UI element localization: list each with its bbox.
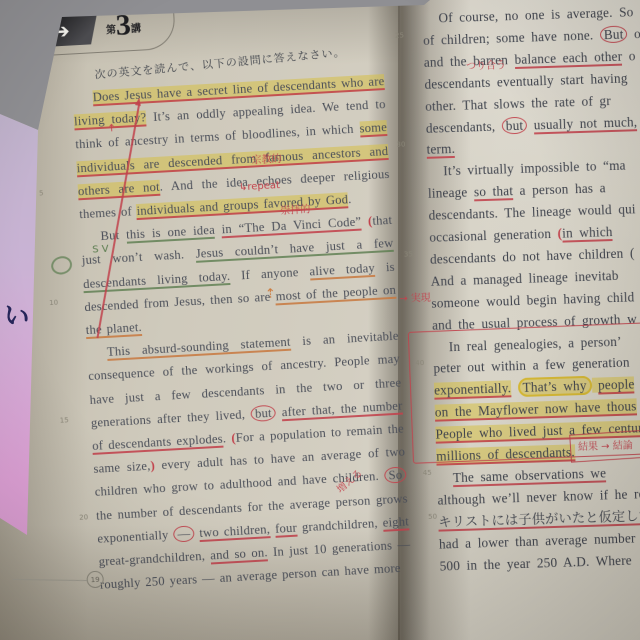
text-segment: and so on. xyxy=(210,545,268,564)
handwritten-annotation: S V xyxy=(92,244,109,256)
lesson-suffix: 講 xyxy=(131,20,142,41)
handwritten-annotation: 結果 → 結論 xyxy=(578,436,633,453)
margin-line-number: 40 xyxy=(415,359,424,367)
text-segment: But xyxy=(600,25,628,43)
text-segment: but xyxy=(502,116,528,134)
text-line: 500 in the year 250 A.D. Where xyxy=(439,550,632,576)
margin-line-number: 20 xyxy=(79,513,88,521)
text-segment: descendants eventually start having xyxy=(424,70,628,91)
handwritten-annotation: ↑ xyxy=(107,123,116,134)
paragraph: But this is one idea in “The Da Vinci Co… xyxy=(80,209,398,342)
text-segment: o xyxy=(622,48,636,63)
pink-object-glyph: い xyxy=(2,294,33,334)
margin-line-number: 45 xyxy=(423,469,432,477)
margin-line-number: 50 xyxy=(428,513,437,521)
text-segment: This absurd-sounding statement xyxy=(107,335,291,361)
text-segment: but xyxy=(251,404,277,421)
margin-line-number: 10 xyxy=(49,299,58,307)
green-scribble-annotation xyxy=(49,254,74,277)
text-segment: . xyxy=(348,192,352,206)
text-segment: And a managed lineage inevitab xyxy=(430,268,618,289)
margin-line-number: 30 xyxy=(396,140,405,148)
text-line: term. xyxy=(426,139,455,160)
margin-line-number: 15 xyxy=(60,416,69,424)
text-segment: descendants do not have children ( xyxy=(430,245,635,266)
paragraph: This absurd-sounding statement is an ine… xyxy=(86,325,412,597)
text-segment: occasional generation xyxy=(429,226,558,245)
handwritten-annotation: ↳repeat xyxy=(239,180,281,193)
text-segment: balance each other xyxy=(514,48,622,68)
text-segment: someone would begin having child xyxy=(431,289,634,310)
text-segment: great-grandchildren, xyxy=(98,549,210,569)
text-segment: — xyxy=(173,525,195,542)
handwritten-annotation: 宗教的 xyxy=(251,150,282,167)
handwritten-annotation: → 実現 xyxy=(399,289,431,305)
text-segment: two children, xyxy=(199,522,271,542)
margin-line-number: 25 xyxy=(395,31,404,39)
text-segment: The same observations we xyxy=(453,465,607,487)
text-segment: o xyxy=(627,26,640,41)
text-segment: had a lower than average number xyxy=(439,530,636,551)
text-segment: term. xyxy=(426,141,455,159)
text-line: The same observations we xyxy=(453,463,607,488)
text-segment: other. That slows the rate of gr xyxy=(425,93,611,114)
text-segment: キリストには子供がいたと仮定してみ xyxy=(438,507,640,531)
right-page: Of course, no one is average. Soof child… xyxy=(388,0,640,640)
text-segment: this is one idea xyxy=(126,223,216,244)
handwritten-annotation: 崇拝的 xyxy=(280,200,311,217)
text-segment: It’s virtually impossible to “ma xyxy=(443,158,626,179)
text-segment: usually not much, xyxy=(534,114,638,134)
handwritten-annotation: ⇡ xyxy=(265,286,277,302)
left-page-text: Does Jesus have a secret line of descend… xyxy=(72,70,412,597)
text-segment: although we’ll never know if he re xyxy=(437,486,640,508)
text-segment: descendants, xyxy=(426,118,502,135)
text-segment: in “The Da Vinci Code” xyxy=(221,215,361,239)
photo-scene: ➔ 第 3 講 次の英文を読んで、以下の設問に答えなさい。 Does Jesus… xyxy=(0,0,640,640)
text-segment: of children; some have none. xyxy=(423,27,600,48)
text-segment: grandchildren, xyxy=(296,516,383,535)
margin-line-number: 5 xyxy=(39,189,44,197)
text-segment: four xyxy=(275,520,298,537)
text-line: descendants, but usually not much, xyxy=(426,112,638,139)
text-segment: in which xyxy=(562,224,613,243)
text-segment: alive today xyxy=(309,261,375,281)
text-segment: Of course, no one is average. So xyxy=(438,4,633,25)
text-segment: If anyone xyxy=(230,264,310,282)
text-segment: a person has a xyxy=(513,180,606,198)
left-page: ➔ 第 3 講 次の英文を読んで、以下の設問に答えなさい。 Does Jesus… xyxy=(13,0,411,628)
text-segment: descendants. The lineage would qui xyxy=(428,201,636,223)
text-segment: lineage xyxy=(428,185,474,201)
handwritten-annotation: つり合う xyxy=(466,56,506,72)
text-segment: so that xyxy=(474,183,514,201)
text-segment: 500 in the year 250 A.D. Where xyxy=(439,552,632,573)
margin-line-number: 35 xyxy=(404,250,413,258)
